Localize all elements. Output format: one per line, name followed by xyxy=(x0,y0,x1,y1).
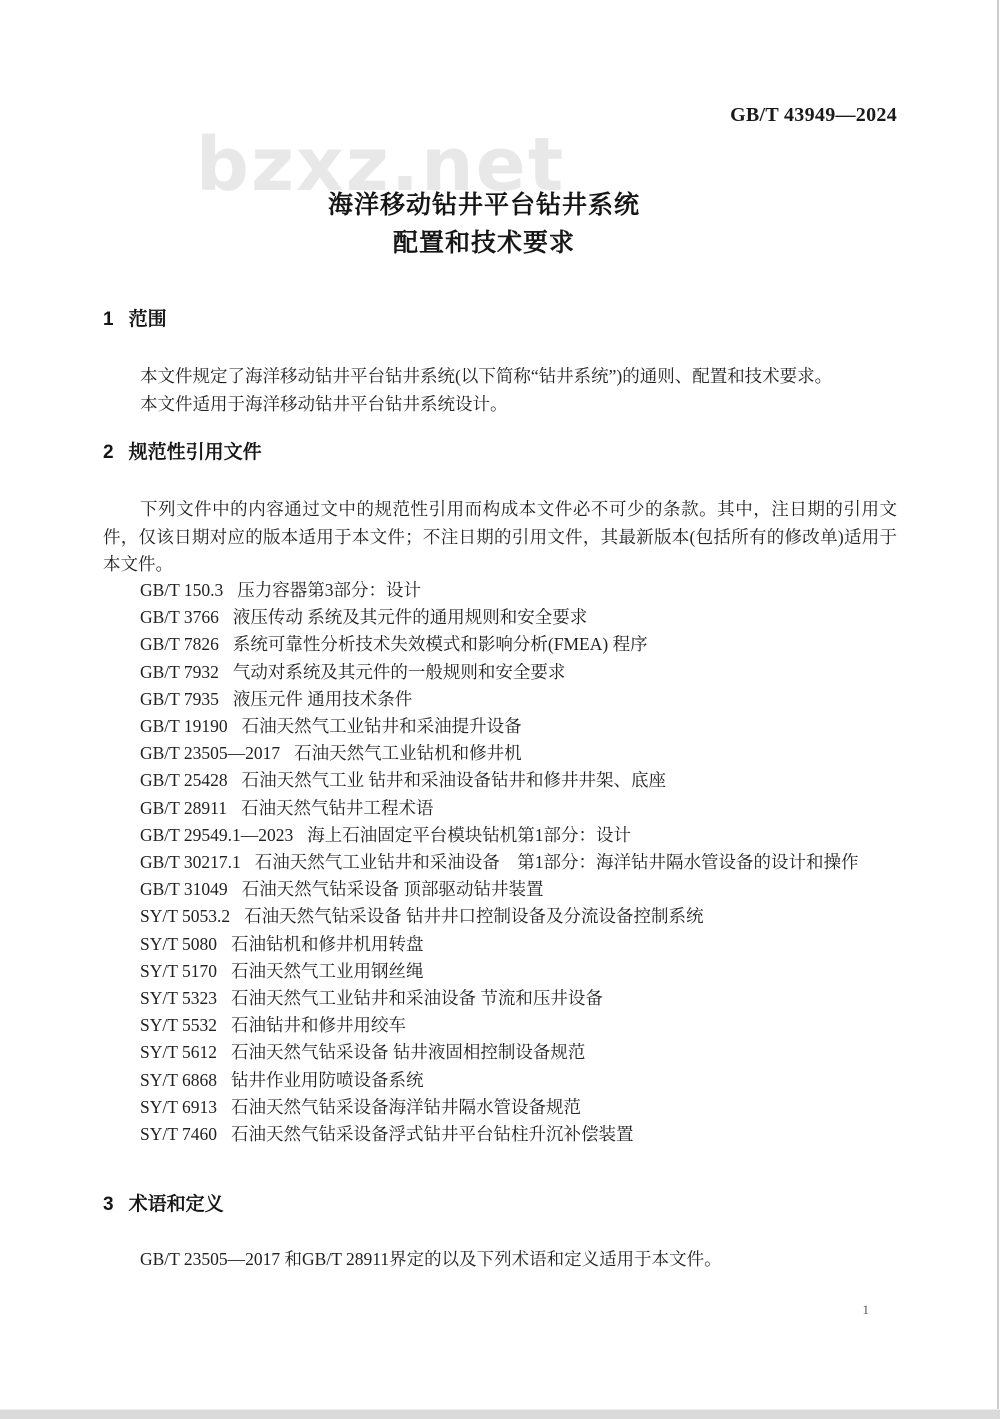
document-title: 海洋移动钻井平台钻井系统 配置和技术要求 xyxy=(0,186,968,262)
reference-title: 气动对系统及其元件的一般规则和安全要求 xyxy=(233,662,566,682)
section-3-heading: 3术语和定义 xyxy=(103,1193,224,1217)
section-1-number: 1 xyxy=(103,308,114,332)
reference-item: GB/T 150.3压力容器第3部分：设计 xyxy=(103,577,897,604)
reference-title: 石油天然气钻采设备海洋钻井隔水管设备规范 xyxy=(231,1097,581,1117)
reference-item: SY/T 6868钻井作业用防喷设备系统 xyxy=(103,1067,897,1094)
reference-item: GB/T 30217.1石油天然气工业钻井和采油设备 第1部分：海洋钻井隔水管设… xyxy=(103,849,897,876)
paragraph: 本文件适用于海洋移动钻井平台钻井系统设计。 xyxy=(103,391,897,419)
reference-title: 石油天然气工业钻井和采油设备 节流和压井设备 xyxy=(231,988,603,1008)
reference-title: 石油天然气工业 钻井和采油设备钻井和修井井架、底座 xyxy=(242,770,666,790)
reference-code: GB/T 28911 xyxy=(140,798,227,818)
reference-title: 液压传动 系统及其元件的通用规则和安全要求 xyxy=(233,607,587,627)
reference-code: SY/T 5532 xyxy=(140,1015,217,1035)
paragraph: 本文件规定了海洋移动钻井平台钻井系统(以下简称“钻井系统”)的通则、配置和技术要… xyxy=(103,363,897,391)
reference-item: SY/T 5612石油天然气钻采设备 钻井液固相控制设备规范 xyxy=(103,1039,897,1066)
reference-title: 石油天然气工业钻井和采油提升设备 xyxy=(242,716,522,736)
reference-code: GB/T 30217.1 xyxy=(140,852,241,872)
reference-code: GB/T 150.3 xyxy=(140,580,223,600)
reference-item: GB/T 7932气动对系统及其元件的一般规则和安全要求 xyxy=(103,659,897,686)
document-title-line1: 海洋移动钻井平台钻井系统 xyxy=(0,186,968,224)
section-2-title: 规范性引用文件 xyxy=(129,442,262,463)
reference-item: SY/T 5053.2石油天然气钻采设备 钻井井口控制设备及分流设备控制系统 xyxy=(103,903,897,930)
page-bottom-edge xyxy=(0,1409,1000,1419)
page-number: 1 xyxy=(863,1302,870,1318)
reference-code: GB/T 7935 xyxy=(140,689,219,709)
reference-code: GB/T 19190 xyxy=(140,716,228,736)
section-3-title: 术语和定义 xyxy=(129,1194,224,1215)
reference-item: SY/T 5532石油钻井和修井用绞车 xyxy=(103,1012,897,1039)
reference-item: GB/T 25428石油天然气工业 钻井和采油设备钻井和修井井架、底座 xyxy=(103,767,897,794)
reference-code: SY/T 7460 xyxy=(140,1124,217,1144)
reference-code: SY/T 6868 xyxy=(140,1070,217,1090)
paragraph: GB/T 23505—2017 和GB/T 28911界定的以及下列术语和定义适… xyxy=(103,1246,897,1274)
reference-code: GB/T 7932 xyxy=(140,662,219,682)
reference-title: 石油天然气钻采设备浮式钻井平台钻柱升沉补偿装置 xyxy=(231,1124,634,1144)
reference-list: GB/T 150.3压力容器第3部分：设计 GB/T 3766液压传动 系统及其… xyxy=(103,577,897,1148)
reference-title: 石油天然气钻采设备 钻井井口控制设备及分流设备控制系统 xyxy=(244,906,703,926)
reference-item: GB/T 3766液压传动 系统及其元件的通用规则和安全要求 xyxy=(103,604,897,631)
document-title-line2: 配置和技术要求 xyxy=(0,224,968,262)
reference-item: GB/T 7826系统可靠性分析技术失效模式和影响分析(FMEA) 程序 xyxy=(103,631,897,658)
reference-code: GB/T 23505—2017 xyxy=(140,743,280,763)
reference-title: 石油天然气钻井工程术语 xyxy=(241,798,434,818)
page-right-edge xyxy=(997,0,999,1409)
reference-title: 石油天然气钻采设备 钻井液固相控制设备规范 xyxy=(231,1042,585,1062)
reference-item: GB/T 29549.1—2023海上石油固定平台模块钻机第1部分：设计 xyxy=(103,822,897,849)
reference-title: 石油天然气钻采设备 顶部驱动钻井装置 xyxy=(242,879,544,899)
reference-title: 石油钻机和修井机用转盘 xyxy=(231,934,424,954)
reference-title: 压力容器第3部分：设计 xyxy=(237,580,421,600)
reference-code: SY/T 5323 xyxy=(140,988,217,1008)
reference-item: GB/T 23505—2017石油天然气工业钻机和修井机 xyxy=(103,740,897,767)
reference-item: SY/T 5323石油天然气工业钻井和采油设备 节流和压井设备 xyxy=(103,985,897,1012)
reference-code: SY/T 6913 xyxy=(140,1097,217,1117)
section-3-body: GB/T 23505—2017 和GB/T 28911界定的以及下列术语和定义适… xyxy=(103,1246,897,1274)
reference-title: 石油天然气工业用钢丝绳 xyxy=(231,961,424,981)
reference-item: SY/T 6913石油天然气钻采设备海洋钻井隔水管设备规范 xyxy=(103,1094,897,1121)
reference-code: SY/T 5080 xyxy=(140,934,217,954)
section-1-title: 范围 xyxy=(129,309,167,330)
document-page: GB/T 43949—2024 bzxz.net 海洋移动钻井平台钻井系统 配置… xyxy=(0,0,1000,1419)
reference-code: GB/T 25428 xyxy=(140,770,228,790)
reference-title: 石油天然气工业钻井和采油设备 第1部分：海洋钻井隔水管设备的设计和操作 xyxy=(255,852,859,872)
reference-item: GB/T 7935液压元件 通用技术条件 xyxy=(103,686,897,713)
reference-item: GB/T 31049石油天然气钻采设备 顶部驱动钻井装置 xyxy=(103,876,897,903)
doc-number: GB/T 43949—2024 xyxy=(730,104,897,127)
reference-title: 石油钻井和修井用绞车 xyxy=(231,1015,406,1035)
reference-code: GB/T 31049 xyxy=(140,879,228,899)
reference-code: GB/T 3766 xyxy=(140,607,219,627)
reference-item: SY/T 5170石油天然气工业用钢丝绳 xyxy=(103,958,897,985)
reference-item: SY/T 5080石油钻机和修井机用转盘 xyxy=(103,931,897,958)
reference-code: GB/T 29549.1—2023 xyxy=(140,825,293,845)
reference-code: SY/T 5170 xyxy=(140,961,217,981)
reference-title: 系统可靠性分析技术失效模式和影响分析(FMEA) 程序 xyxy=(233,634,648,654)
reference-title: 海上石油固定平台模块钻机第1部分：设计 xyxy=(307,825,631,845)
section-2-number: 2 xyxy=(103,441,114,465)
section-1-body: 本文件规定了海洋移动钻井平台钻井系统(以下简称“钻井系统”)的通则、配置和技术要… xyxy=(103,363,897,418)
reference-code: GB/T 7826 xyxy=(140,634,219,654)
section-2-heading: 2规范性引用文件 xyxy=(103,441,262,465)
reference-item: GB/T 19190石油天然气工业钻井和采油提升设备 xyxy=(103,713,897,740)
reference-title: 液压元件 通用技术条件 xyxy=(233,689,412,709)
reference-code: SY/T 5612 xyxy=(140,1042,217,1062)
reference-title: 钻井作业用防喷设备系统 xyxy=(231,1070,424,1090)
section-1-heading: 1范围 xyxy=(103,308,167,332)
section-2-body: 下列文件中的内容通过文中的规范性引用而构成本文件必不可少的条款。其中，注日期的引… xyxy=(103,496,897,579)
reference-title: 石油天然气工业钻机和修井机 xyxy=(294,743,522,763)
reference-item: SY/T 7460石油天然气钻采设备浮式钻井平台钻柱升沉补偿装置 xyxy=(103,1121,897,1148)
paragraph: 下列文件中的内容通过文中的规范性引用而构成本文件必不可少的条款。其中，注日期的引… xyxy=(103,496,897,579)
reference-code: SY/T 5053.2 xyxy=(140,906,230,926)
section-3-number: 3 xyxy=(103,1193,114,1217)
reference-item: GB/T 28911石油天然气钻井工程术语 xyxy=(103,795,897,822)
